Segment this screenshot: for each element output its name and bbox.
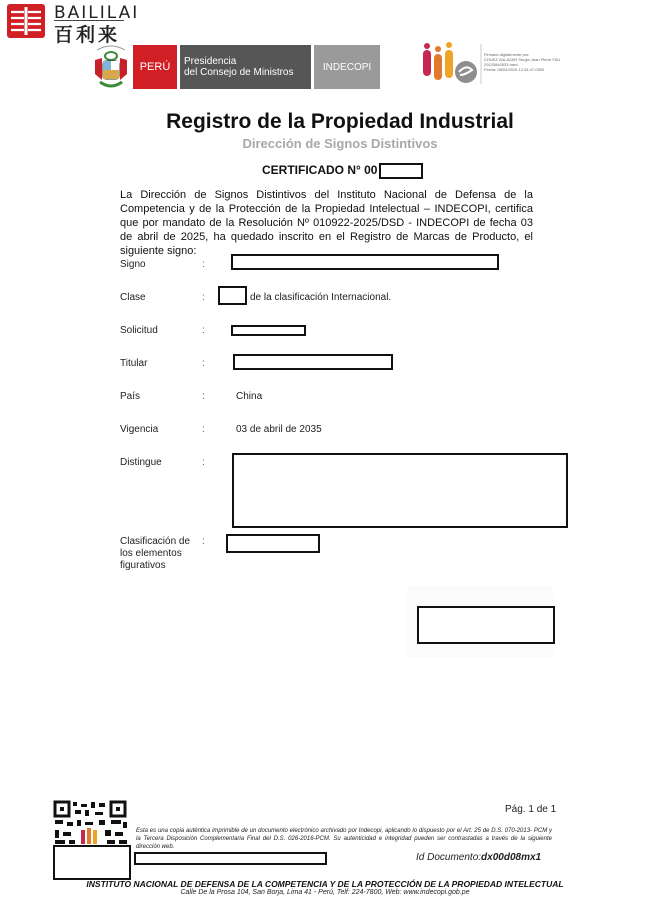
field-colon: : <box>202 536 205 547</box>
institution-name: INSTITUTO NACIONAL DE DEFENSA DE LA COMP… <box>0 879 650 889</box>
field-label-signo: Signo <box>120 259 146 270</box>
brand-name-cn: 百利来 <box>54 20 120 47</box>
field-colon: : <box>202 292 205 303</box>
field-colon: : <box>202 358 205 369</box>
document-id-value: dx00d08mx1 <box>481 852 541 863</box>
ministry-line2: del Consejo de Ministros <box>184 67 311 78</box>
intro-paragraph: La Dirección de Signos Distintivos del I… <box>120 188 533 258</box>
field-colon: : <box>202 424 205 435</box>
document-id-label: Id Documento: <box>416 852 481 863</box>
field-colon: : <box>202 457 205 468</box>
document-subtitle: Dirección de Signos Distintivos <box>0 136 650 151</box>
ministry-badge: Presidencia del Consejo de Ministros <box>180 45 311 89</box>
field-colon: : <box>202 259 205 270</box>
verification-url-redacted <box>134 852 327 865</box>
certificate-number: CERTIFICADO N° 00 <box>262 163 377 177</box>
institution-address: Calle De la Prosa 104, San Borja, Lima 4… <box>0 889 650 896</box>
certificate-number-redacted <box>379 163 423 179</box>
pais-value: China <box>236 391 262 402</box>
field-label-clase: Clase <box>120 292 146 303</box>
legal-notice: Esta es una copia auténtica imprimible d… <box>136 827 552 851</box>
digital-signature-text: Firmado digitalmente por: CHUEZ SALAZAR … <box>484 52 564 72</box>
signature-line4: Fecha: 08/04/2025 12:34:47-0500 <box>484 67 564 72</box>
label-line: los elementos <box>120 548 190 560</box>
baililai-logo-icon <box>7 4 45 38</box>
clase-redacted <box>218 286 247 305</box>
field-colon: : <box>202 391 205 402</box>
document-id: Id Documento:dx00d08mx1 <box>416 852 541 863</box>
vigencia-value: 03 de abril de 2035 <box>236 424 322 435</box>
document-title: Registro de la Propiedad Industrial <box>0 110 650 134</box>
distingue-redacted <box>232 453 568 528</box>
page-number: Pág. 1 de 1 <box>505 804 556 815</box>
peru-badge: PERÚ <box>133 45 177 89</box>
solicitud-redacted <box>231 325 306 336</box>
mark-image-redacted <box>417 606 555 644</box>
field-label-solicitud: Solicitud <box>120 325 158 336</box>
clasificacion-redacted <box>226 534 320 553</box>
label-line: Clasificación de <box>120 536 190 548</box>
titular-redacted <box>233 354 393 370</box>
field-label-clasificacion: Clasificación de los elementos figurativ… <box>120 536 190 572</box>
coat-of-arms-icon <box>92 44 130 90</box>
qr-code-icon <box>53 800 129 846</box>
qr-redacted <box>53 845 131 880</box>
field-label-vigencia: Vigencia <box>120 424 158 435</box>
clase-suffix: de la clasificación Internacional. <box>250 292 391 303</box>
signo-redacted <box>231 254 499 270</box>
field-colon: : <box>202 325 205 336</box>
digital-signature-logo-icon <box>420 42 482 86</box>
label-line: figurativos <box>120 560 190 572</box>
field-label-titular: Titular <box>120 358 147 369</box>
ministry-line1: Presidencia <box>184 56 311 67</box>
field-label-pais: País <box>120 391 140 402</box>
indecopi-badge: INDECOPI <box>314 45 380 89</box>
field-label-distingue: Distingue <box>120 457 162 468</box>
